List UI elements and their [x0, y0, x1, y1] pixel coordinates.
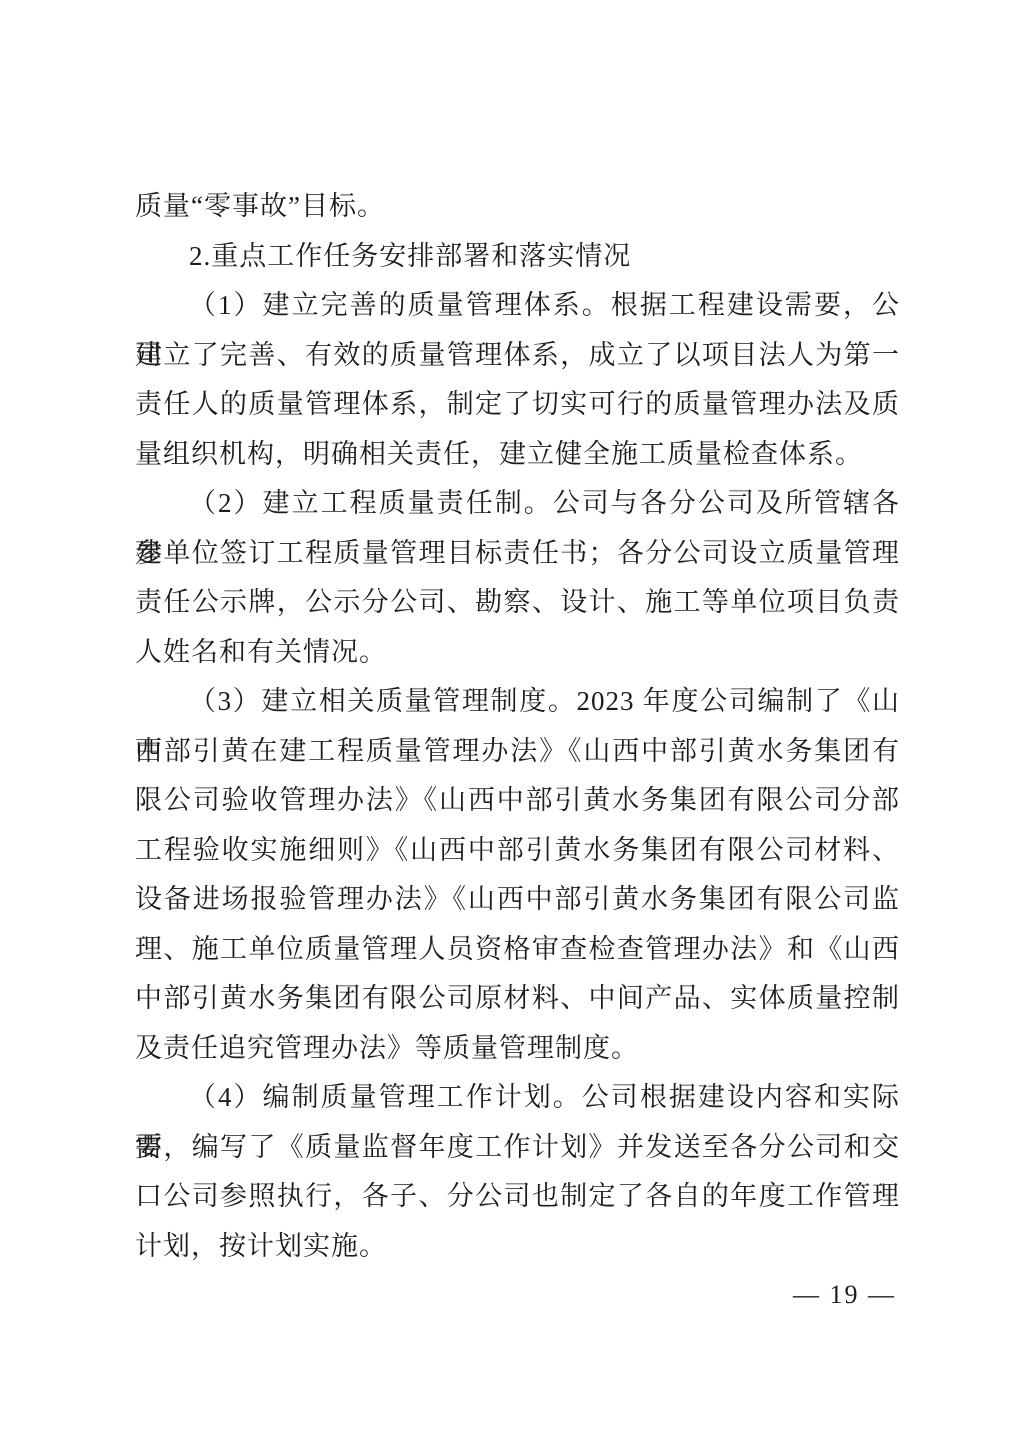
text-line: （1）建立完善的质量管理体系。根据工程建设需要，公司 [135, 281, 900, 331]
text-line: 责任公示牌，公示分公司、勘察、设计、施工等单位项目负责 [135, 578, 900, 628]
text-line: 工程验收实施细则》《山西中部引黄水务集团有限公司材料、 [135, 826, 900, 876]
text-line: 2.重点工作任务安排部署和落实情况 [135, 232, 900, 282]
text-line: 质量“零事故”目标。 [135, 182, 900, 232]
page-number: — 19 — [793, 1280, 896, 1310]
text-line: 限公司验收管理办法》《山西中部引黄水务集团有限公司分部 [135, 776, 900, 826]
text-line: 口公司参照执行，各子、分公司也制定了各自的年度工作管理 [135, 1172, 900, 1222]
text-line: 理、施工单位质量管理人员资格审查检查管理办法》和《山西 [135, 925, 900, 975]
text-block: 质量“零事故”目标。2.重点工作任务安排部署和落实情况（1）建立完善的质量管理体… [135, 182, 900, 1271]
document-page: 质量“零事故”目标。2.重点工作任务安排部署和落实情况（1）建立完善的质量管理体… [0, 0, 1024, 1448]
text-line: 中部引黄在建工程质量管理办法》《山西中部引黄水务集团有 [135, 727, 900, 777]
text-line: 责任人的质量管理体系，制定了切实可行的质量管理办法及质 [135, 380, 900, 430]
text-line: （2）建立工程质量责任制。公司与各分公司及所管辖各参 [135, 479, 900, 529]
text-line: 设备进场报验管理办法》《山西中部引黄水务集团有限公司监 [135, 875, 900, 925]
text-line: 中部引黄水务集团有限公司原材料、中间产品、实体质量控制 [135, 974, 900, 1024]
text-line: 量组织机构，明确相关责任，建立健全施工质量检查体系。 [135, 430, 900, 480]
text-line: 计划，按计划实施。 [135, 1222, 900, 1272]
text-line: 及责任追究管理办法》等质量管理制度。 [135, 1024, 900, 1074]
text-line: （3）建立相关质量管理制度。2023 年度公司编制了《山西 [135, 677, 900, 727]
text-line: 建立了完善、有效的质量管理体系，成立了以项目法人为第一 [135, 331, 900, 381]
text-line: （4）编制质量管理工作计划。公司根据建设内容和实际需 [135, 1073, 900, 1123]
text-line: 要，编写了《质量监督年度工作计划》并发送至各分公司和交 [135, 1123, 900, 1173]
text-line: 人姓名和有关情况。 [135, 628, 900, 678]
text-line: 建单位签订工程质量管理目标责任书；各分公司设立质量管理 [135, 529, 900, 579]
